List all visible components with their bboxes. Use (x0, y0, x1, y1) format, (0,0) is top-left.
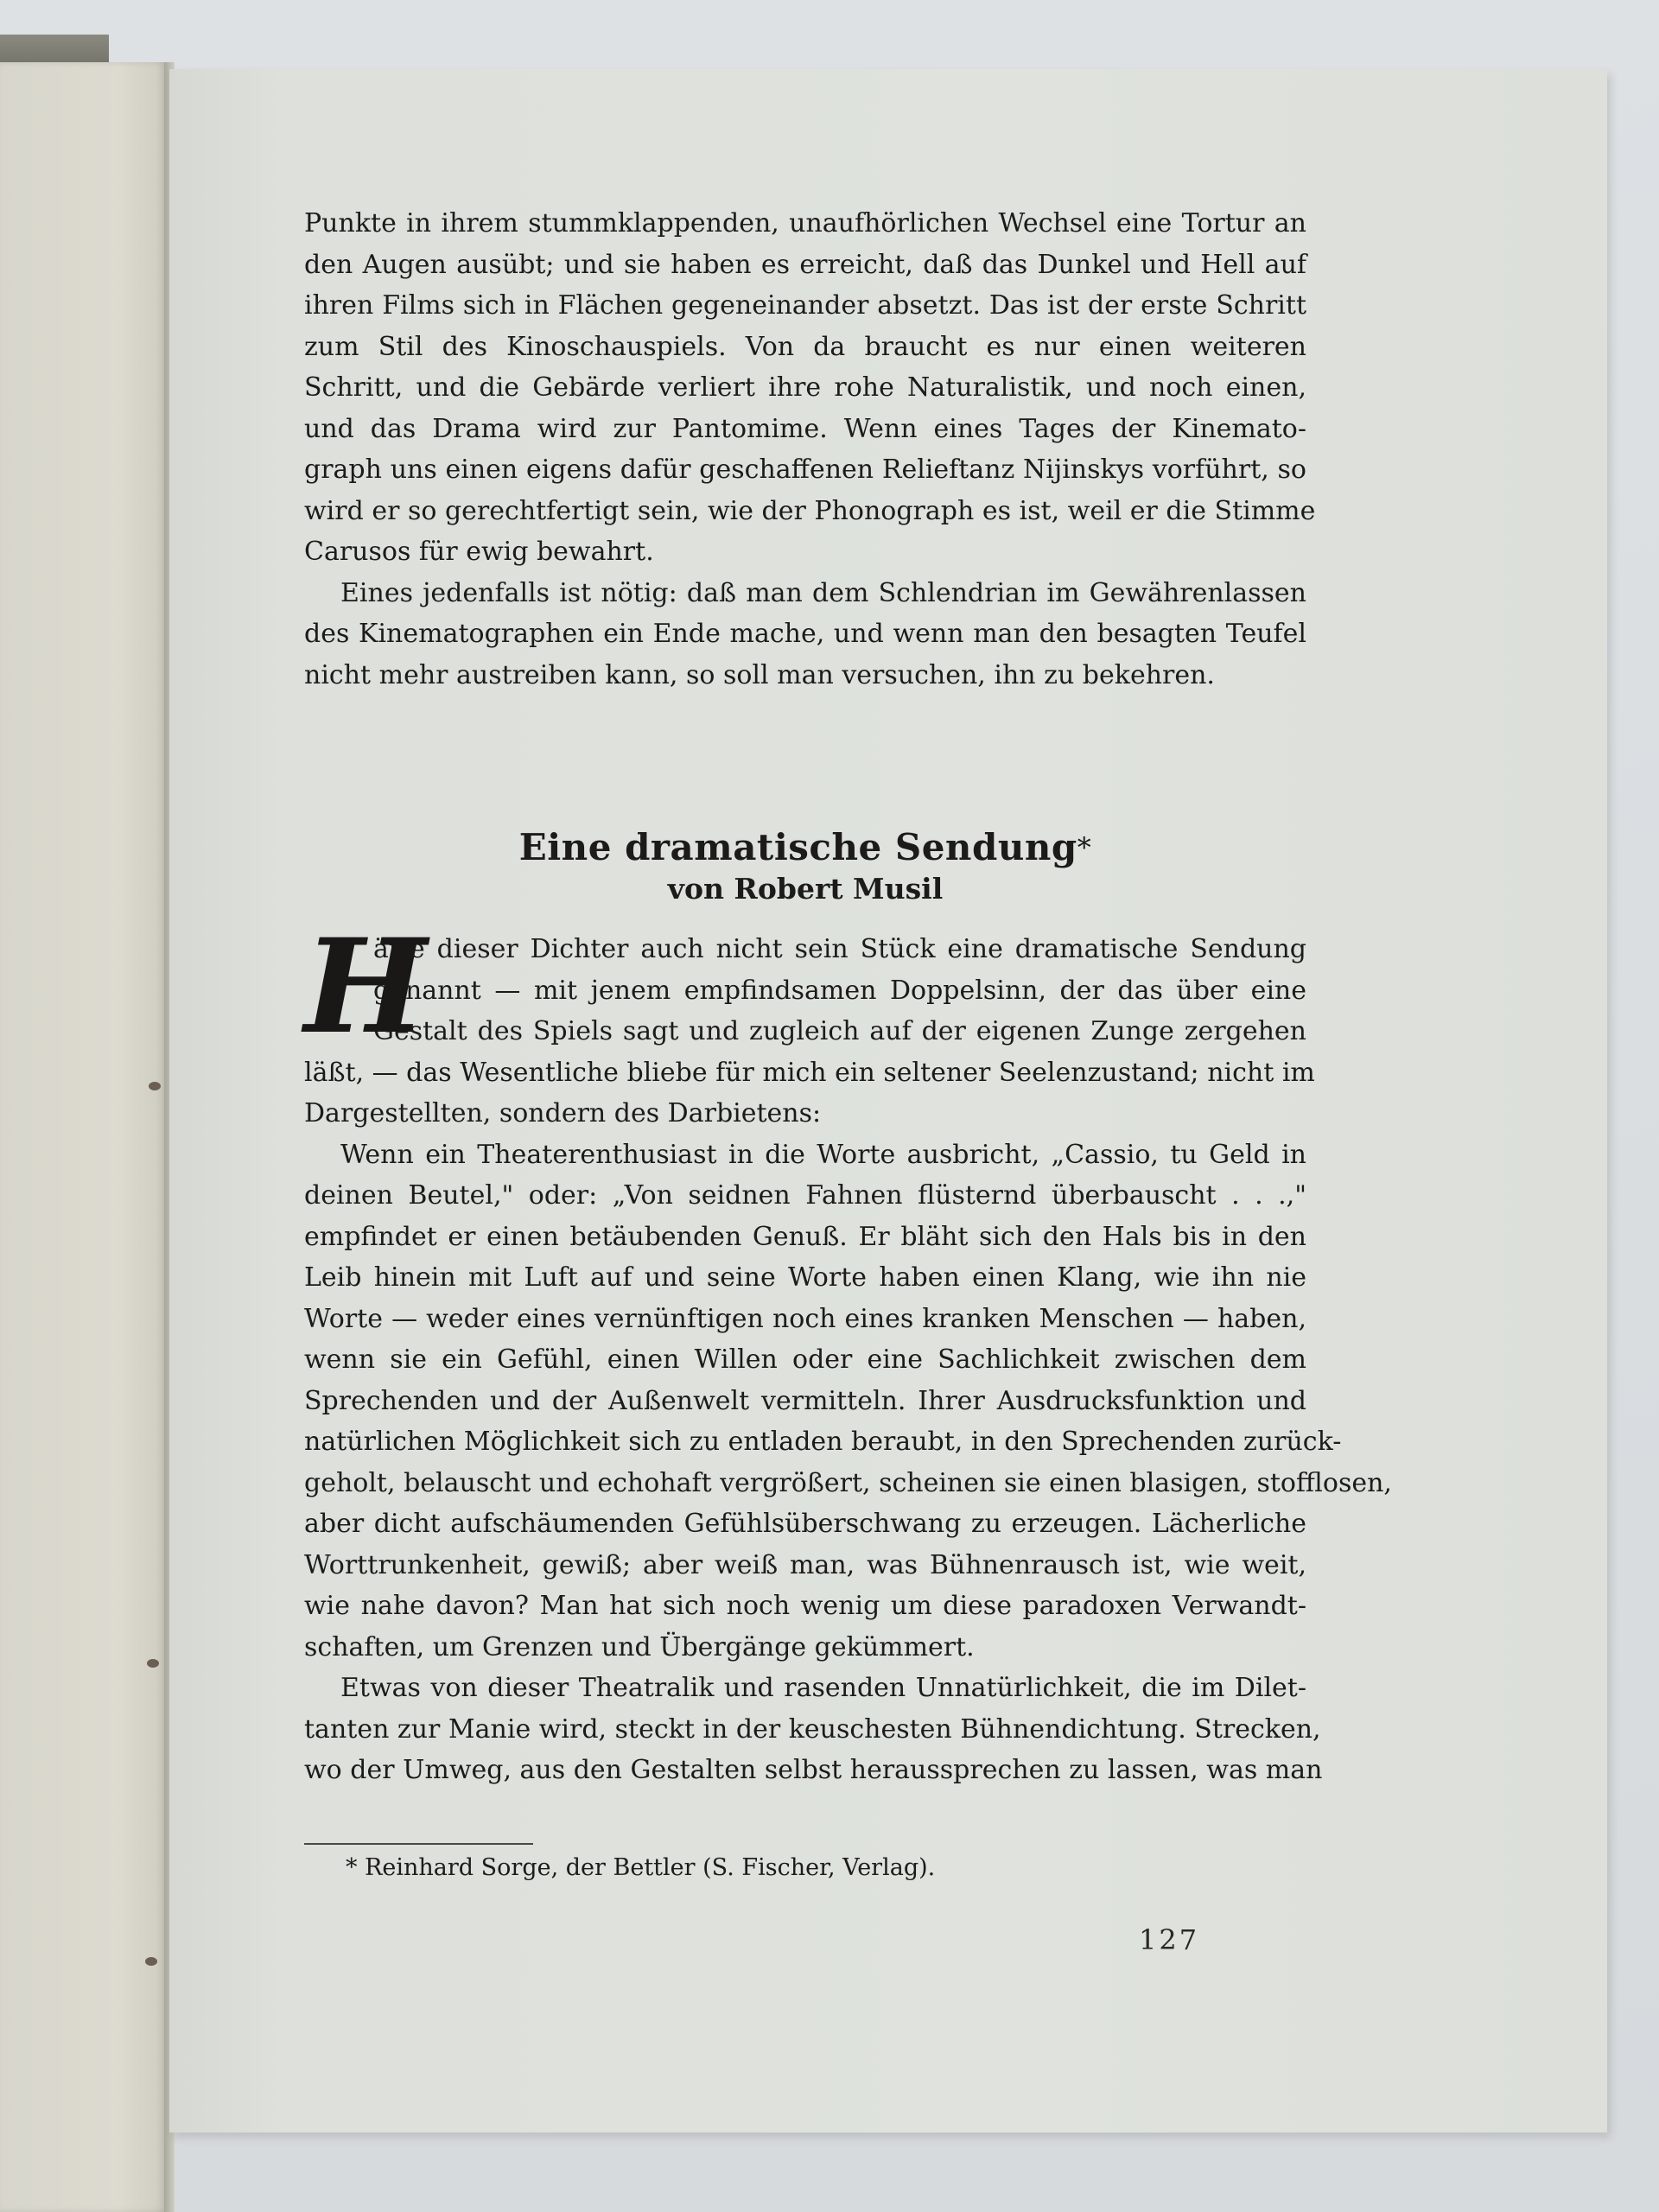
text-line: Gestalt des Spiels sagt und zugleich auf… (304, 1011, 1306, 1052)
text-line: wo der Umweg, aus den Gestalten selbst h… (304, 1750, 1306, 1791)
previous-article-paragraph-1: Punkte in ihrem stummklappenden, unaufhö… (304, 203, 1306, 573)
text-line: genannt — mit jenem empfindsamen Doppels… (304, 970, 1306, 1012)
text-line: Etwas von dieser Theatralik und rasenden… (304, 1668, 1306, 1709)
text-line: ihren Films sich in Flächen gegeneinande… (304, 285, 1306, 327)
text-line: tanten zur Manie wird, steckt in der keu… (304, 1709, 1306, 1751)
text-line: natürlichen Möglichkeit sich zu entladen… (304, 1421, 1306, 1463)
article-title-text: Eine dramatische Sendung (519, 826, 1077, 868)
text-line: Wenn ein Theaterenthusiast in die Worte … (304, 1135, 1306, 1176)
previous-article-paragraph-2: Eines jedenfalls ist nötig: daß man dem … (304, 573, 1306, 696)
text-line: Eines jedenfalls ist nötig: daß man dem … (304, 573, 1306, 614)
text-line: Worte — weder eines vernünftigen noch ei… (304, 1299, 1306, 1340)
binding-hole (145, 1957, 157, 1966)
text-line: den Augen ausübt; und sie haben es errei… (304, 245, 1306, 286)
footnote-divider (304, 1843, 533, 1845)
text-line: aber dicht aufschäumenden Gefühlsübersch… (304, 1503, 1306, 1545)
section-spacer (304, 696, 1306, 825)
article-byline: von Robert Musil (304, 870, 1306, 908)
article-paragraph-1: H ätte dieser Dichter auch nicht sein St… (304, 929, 1306, 1135)
text-line: geholt, belauscht und echohaft vergrößer… (304, 1463, 1306, 1504)
text-line: wie nahe davon? Man hat sich noch wenig … (304, 1586, 1306, 1627)
text-line: deinen Beutel," oder: „Von seidnen Fahne… (304, 1175, 1306, 1217)
text-line: des Kinematographen ein Ende mache, und … (304, 613, 1306, 655)
binding-hole (147, 1659, 159, 1668)
text-line: Dargestellten, sondern des Darbietens: (304, 1093, 1306, 1135)
body-text: Punkte in ihrem stummklappenden, unaufhö… (304, 203, 1306, 1791)
article-title: Eine dramatische Sendung* (304, 825, 1306, 870)
text-line: Worttrunkenheit, gewiß; aber weiß man, w… (304, 1545, 1306, 1586)
text-line: nicht mehr austreiben kann, so soll man … (304, 655, 1306, 696)
book-cover-edge (0, 35, 109, 64)
text-line: und das Drama wird zur Pantomime. Wenn e… (304, 409, 1306, 450)
text-line: graph uns einen eigens dafür geschaffene… (304, 449, 1306, 491)
text-line: Carusos für ewig bewahrt. (304, 531, 1306, 573)
text-line: zum Stil des Kinoschauspiels. Von da bra… (304, 327, 1306, 368)
text-line: wenn sie ein Gefühl, einen Willen oder e… (304, 1339, 1306, 1381)
text-line: empfindet er einen betäubenden Genuß. Er… (304, 1217, 1306, 1258)
text-line: Sprechenden und der Außenwelt vermitteln… (304, 1381, 1306, 1422)
footnote-marker: * (1077, 831, 1092, 864)
page-number: 127 (1139, 1923, 1199, 1956)
text-line: Schritt, und die Gebärde verliert ihre r… (304, 367, 1306, 409)
binding-hole (149, 1082, 161, 1090)
footnote: * Reinhard Sorge, der Bettler (S. Fische… (346, 1849, 935, 1887)
drop-cap: H (304, 931, 427, 1043)
text-line: schaften, um Grenzen und Übergänge geküm… (304, 1627, 1306, 1669)
text-line: wird er so gerechtfertigt sein, wie der … (304, 491, 1306, 532)
article-paragraph-2: Wenn ein Theaterenthusiast in die Worte … (304, 1135, 1306, 1669)
left-page (0, 62, 168, 2212)
article-paragraph-3: Etwas von dieser Theatralik und rasenden… (304, 1668, 1306, 1791)
text-line: Punkte in ihrem stummklappenden, unaufhö… (304, 203, 1306, 245)
text-line: ätte dieser Dichter auch nicht sein Stüc… (304, 929, 1306, 970)
text-line: läßt, — das Wesentliche bliebe für mich … (304, 1052, 1306, 1094)
text-line: Leib hinein mit Luft auf und seine Worte… (304, 1257, 1306, 1299)
